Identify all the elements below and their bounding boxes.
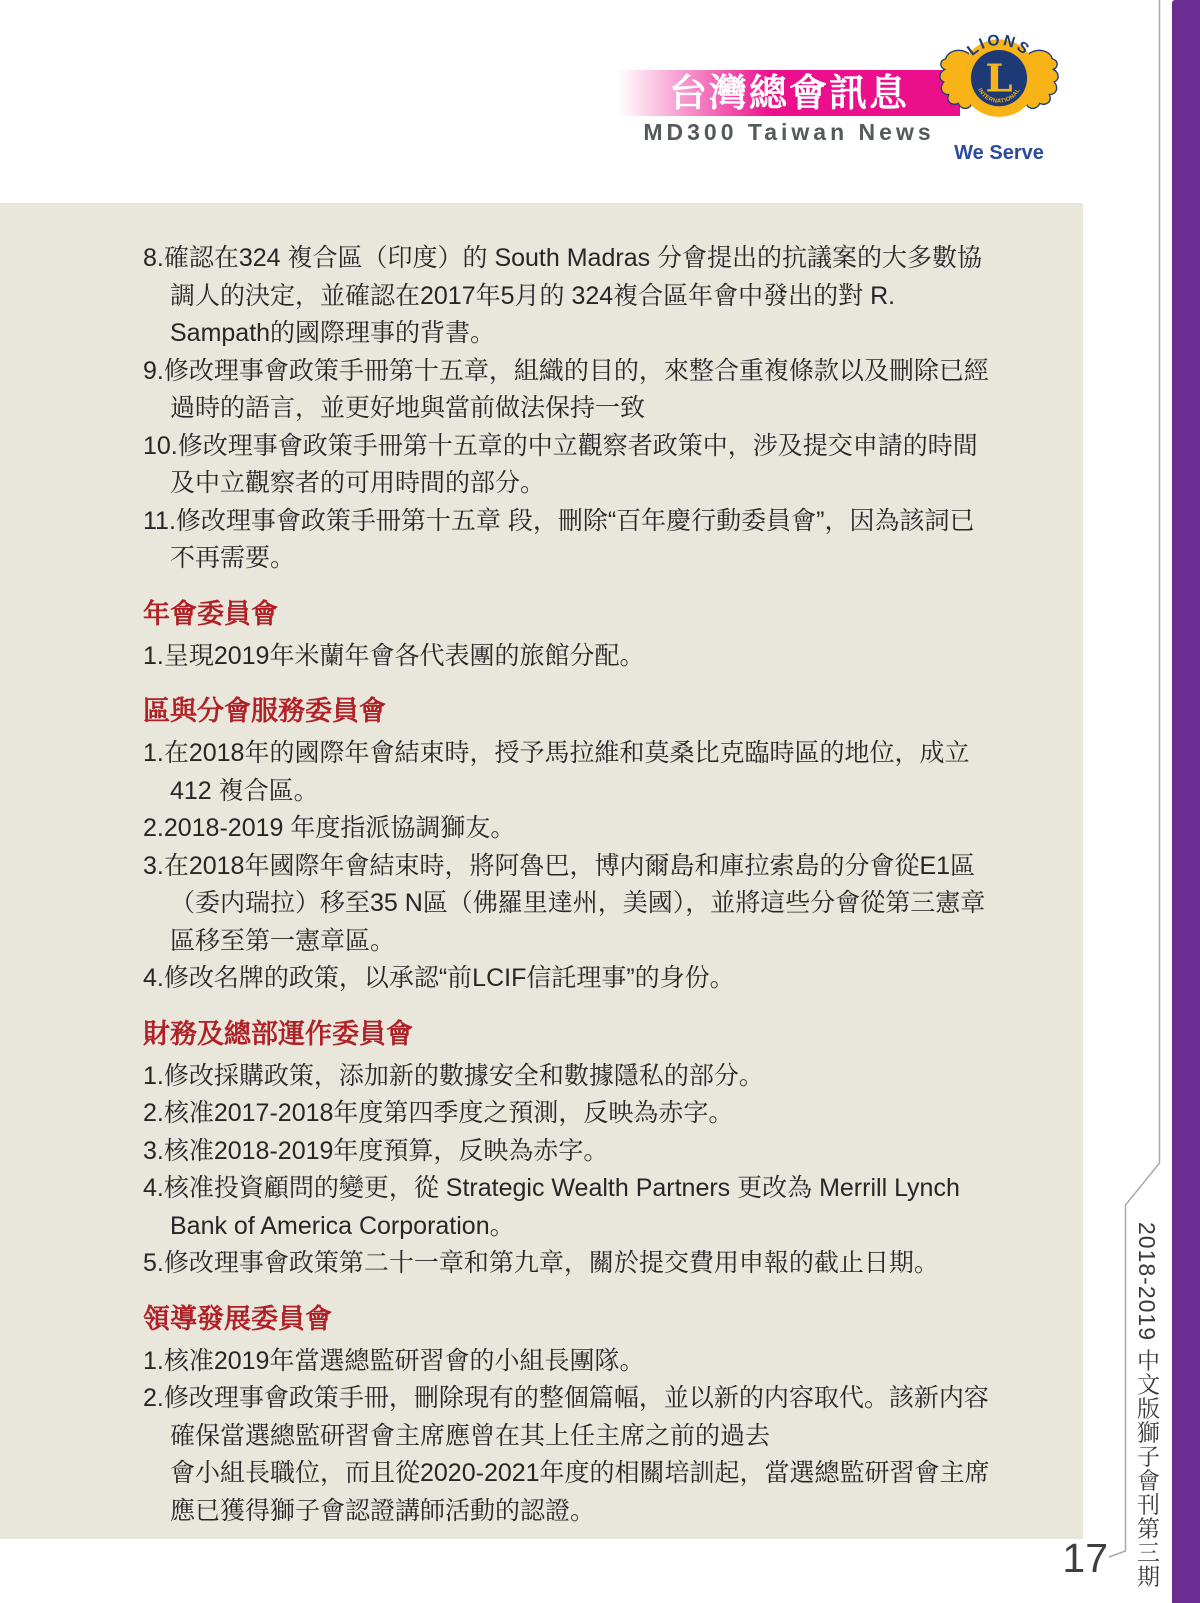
list-item: 11.修改理事會政策手冊第十五章 段，刪除“百年慶行動委員會”，因為該詞已不再需… — [143, 503, 991, 578]
page-number: 17 — [1030, 1535, 1108, 1582]
list-item: 10.修改理事會政策手冊第十五章的中立觀察者政策中，涉及提交申請的時間及中立觀察… — [143, 428, 991, 503]
list-item: 5.修改理事會政策第二十一章和第九章，關於提交費用申報的截止日期。 — [143, 1245, 991, 1283]
purple-edge-bar — [1172, 0, 1200, 1603]
list-item: 3.核准2018-2019年度預算，反映為赤字。 — [143, 1133, 991, 1171]
list-item: 1.核准2019年當選總監研習會的小組長團隊。 — [143, 1343, 991, 1381]
list-item: 4.修改名牌的政策，以承認“前LCIF信託理事”的身份。 — [143, 960, 991, 998]
sidebar-edition-vertical-text: 2018-2019 中文版獅子會刊第三期 — [1131, 1222, 1164, 1572]
list-item: 8.確認在324 複合區（印度）的 South Madras 分會提出的抗議案的… — [143, 240, 991, 353]
section-heading: 領導發展委員會 — [143, 1301, 991, 1337]
section-heading: 年會委員會 — [143, 596, 991, 632]
list-item: 1.在2018年的國際年會結束時，授予馬拉維和莫桑比克臨時區的地位，成立 412… — [143, 735, 991, 810]
page-title: 台灣總會訊息 — [669, 70, 909, 116]
page-subtitle: MD300 Taiwan News — [618, 119, 960, 146]
list-item: 9.修改理事會政策手冊第十五章，組織的目的，來整合重複條款以及刪除已經過時的語言… — [143, 353, 991, 428]
list-item: 2.修改理事會政策手冊，刪除現有的整個篇幅，並以新的内容取代。該新内容確保當選總… — [143, 1380, 991, 1530]
list-item: 2.核准2017-2018年度第四季度之預測，反映為赤字。 — [143, 1095, 991, 1133]
list-item: 4.核准投資顧問的變更，從 Strategic Wealth Partners … — [143, 1170, 991, 1245]
list-item: 1.修改採購政策，添加新的數據安全和數據隱私的部分。 — [143, 1058, 991, 1096]
lions-club-logo-icon: LIONS L INTERNATIONAL — [936, 24, 1062, 140]
list-item: 1.呈現2019年米蘭年會各代表團的旅館分配。 — [143, 638, 991, 676]
section-heading: 區與分會服務委員會 — [143, 693, 991, 729]
header-banner: 台灣總會訊息 — [618, 70, 960, 116]
logo-letter-l: L — [985, 57, 1012, 102]
section-heading: 財務及總部運作委員會 — [143, 1016, 991, 1052]
list-item: 2.2018-2019 年度指派協調獅友。 — [143, 810, 991, 848]
logo-motto: We Serve — [936, 142, 1062, 165]
magazine-page: 台灣總會訊息 MD300 Taiwan News LIONS L INTERNA… — [0, 0, 1200, 1603]
list-item: 3.在2018年國際年會結束時，將阿魯巴，博内爾島和庫拉索島的分會從E1區（委内… — [143, 848, 991, 961]
article-body: 8.確認在324 複合區（印度）的 South Madras 分會提出的抗議案的… — [143, 240, 991, 1530]
